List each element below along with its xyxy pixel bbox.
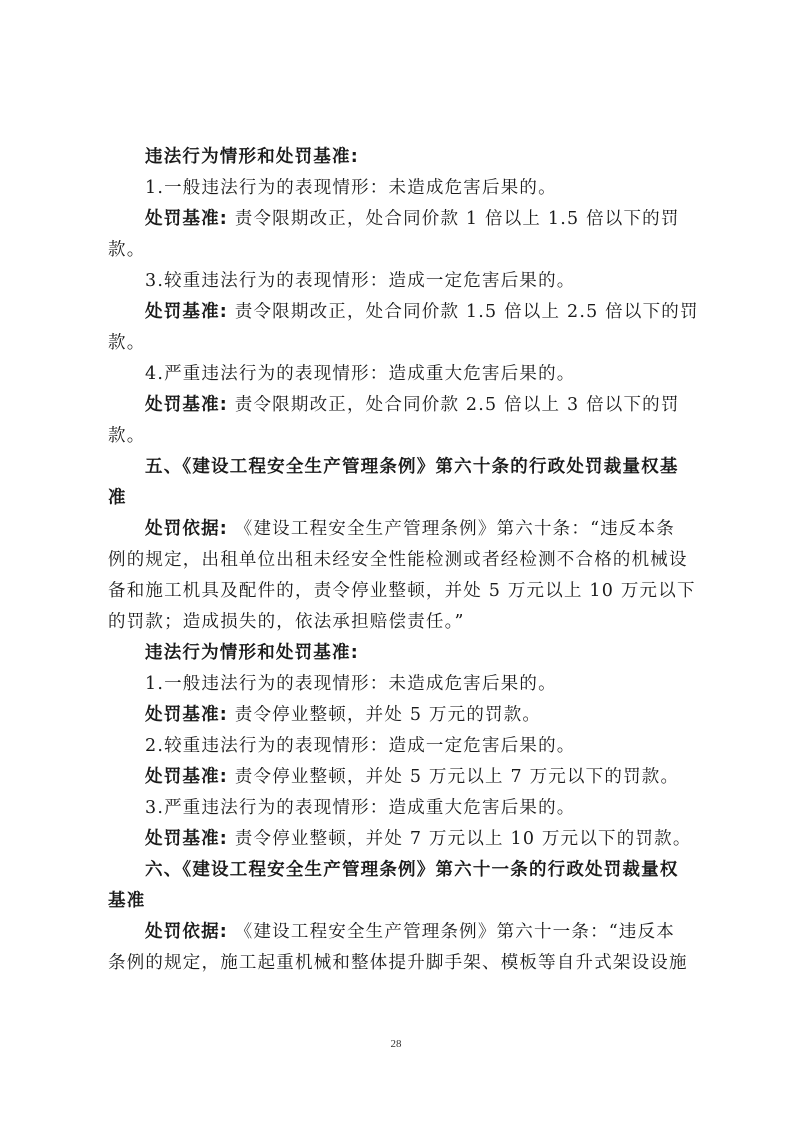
penalty-label: 处罚基准: (145, 209, 228, 229)
penalty-line: 处罚基准: 责令限期改正，处合同价款 2.5 倍以上 3 倍以下的罚 (108, 390, 688, 421)
penalty-line: 处罚基准: 责令停业整顿，并处 5 万元的罚款。 (108, 700, 688, 731)
penalty-text: 责令停业整顿，并处 5 万元的罚款。 (235, 705, 541, 725)
penalty-line: 处罚基准: 责令停业整顿，并处 7 万元以上 10 万元以下的罚款。 (108, 824, 688, 855)
penalty-continuation: 款。 (108, 328, 688, 359)
violation-item: 3.严重违法行为的表现情形：造成重大危害后果的。 (108, 793, 688, 824)
penalty-text: 责令停业整顿，并处 5 万元以上 7 万元以下的罚款。 (235, 767, 679, 787)
penalty-label: 处罚基准: (145, 829, 228, 849)
basis-line: 处罚依据: 《建设工程安全生产管理条例》第六十条：“违反本条 (108, 514, 688, 545)
penalty-text: 责令限期改正，处合同价款 1.5 倍以上 2.5 倍以下的罚 (235, 302, 699, 322)
basis-label: 处罚依据: (145, 519, 228, 539)
penalty-continuation: 款。 (108, 421, 688, 452)
basis-text: 条例的规定，施工起重机械和整体提升脚手架、模板等自升式架设设施 (108, 948, 688, 979)
basis-label: 处罚依据: (145, 922, 228, 942)
penalty-label: 处罚基准: (145, 395, 228, 415)
basis-text: 的罚款；造成损失的，依法承担赔偿责任。” (108, 607, 688, 638)
penalty-label: 处罚基准: (145, 767, 228, 787)
penalty-label: 处罚基准: (145, 705, 228, 725)
document-page: 违法行为情形和处罚基准: 1.一般违法行为的表现情形：未造成危害后果的。 处罚基… (108, 142, 688, 979)
section-heading: 六、《建设工程安全生产管理条例》第六十一条的行政处罚裁量权 (108, 855, 688, 886)
basis-text: 《建设工程安全生产管理条例》第六十一条：“违反本 (235, 922, 675, 942)
penalty-text: 责令停业整顿，并处 7 万元以上 10 万元以下的罚款。 (235, 829, 692, 849)
penalty-line: 处罚基准: 责令停业整顿，并处 5 万元以上 7 万元以下的罚款。 (108, 762, 688, 793)
basis-text: 备和施工机具及配件的，责令停业整顿，并处 5 万元以上 10 万元以下 (108, 576, 688, 607)
penalty-text: 责令限期改正，处合同价款 1 倍以上 1.5 倍以下的罚 (235, 209, 680, 229)
criteria-heading: 违法行为情形和处罚基准: (108, 142, 688, 173)
penalty-line: 处罚基准: 责令限期改正，处合同价款 1.5 倍以上 2.5 倍以下的罚 (108, 297, 688, 328)
violation-item: 2.较重违法行为的表现情形：造成一定危害后果的。 (108, 731, 688, 762)
basis-text: 例的规定，出租单位出租未经安全性能检测或者经检测不合格的机械设 (108, 545, 688, 576)
violation-item: 4.严重违法行为的表现情形：造成重大危害后果的。 (108, 359, 688, 390)
penalty-continuation: 款。 (108, 235, 688, 266)
violation-item: 1.一般违法行为的表现情形：未造成危害后果的。 (108, 669, 688, 700)
section-heading-continuation: 基准 (108, 886, 688, 917)
basis-text: 《建设工程安全生产管理条例》第六十条：“违反本条 (235, 519, 675, 539)
penalty-line: 处罚基准: 责令限期改正，处合同价款 1 倍以上 1.5 倍以下的罚 (108, 204, 688, 235)
section-heading-continuation: 准 (108, 483, 688, 514)
penalty-text: 责令限期改正，处合同价款 2.5 倍以上 3 倍以下的罚 (235, 395, 680, 415)
violation-item: 3.较重违法行为的表现情形：造成一定危害后果的。 (108, 266, 688, 297)
basis-line: 处罚依据: 《建设工程安全生产管理条例》第六十一条：“违反本 (108, 917, 688, 948)
section-heading: 五、《建设工程安全生产管理条例》第六十条的行政处罚裁量权基 (108, 452, 688, 483)
violation-item: 1.一般违法行为的表现情形：未造成危害后果的。 (108, 173, 688, 204)
penalty-label: 处罚基准: (145, 302, 228, 322)
criteria-heading: 违法行为情形和处罚基准: (108, 638, 688, 669)
page-number: 28 (0, 1038, 792, 1050)
